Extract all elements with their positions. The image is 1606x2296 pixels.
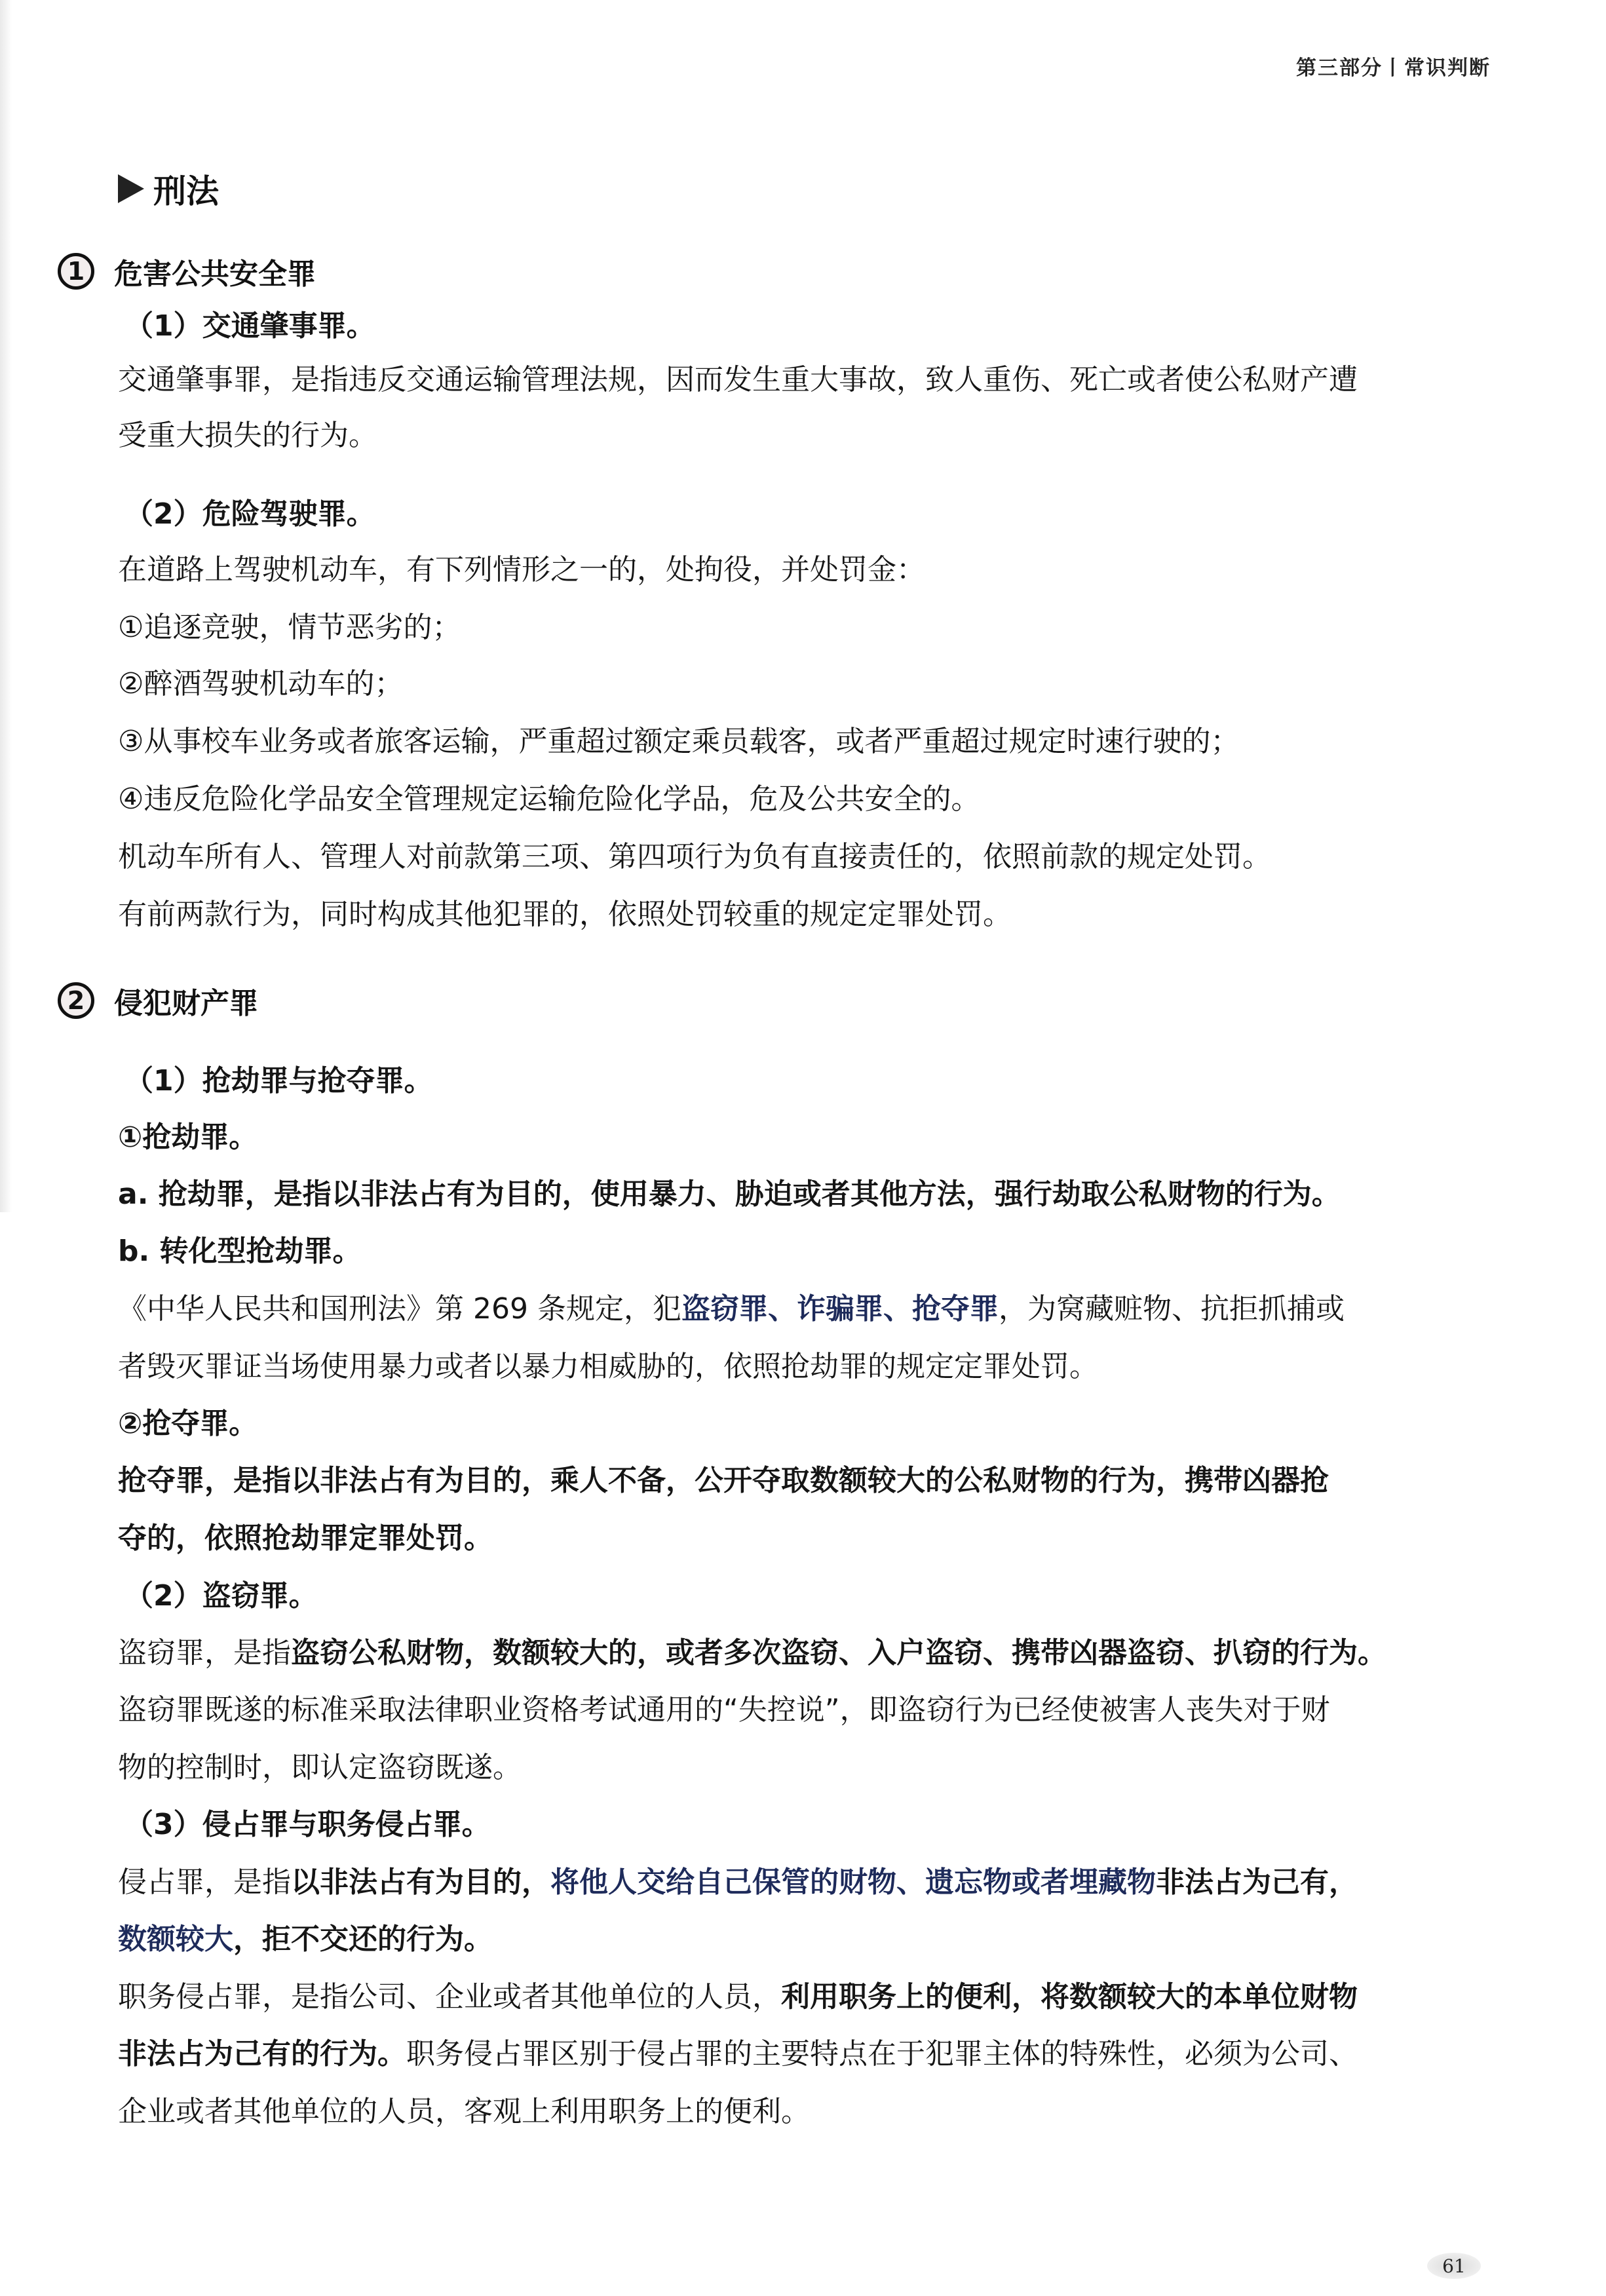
highlight-text: 将他人交给自己保管的财物、遗忘物或者埋藏物 bbox=[550, 1865, 1156, 1899]
bold-text: 盗窃公私财物，数额较大的，或者多次盗窃、入户盗窃、携带凶器盗窃、扒窃的行为。 bbox=[291, 1636, 1386, 1670]
text-run: 职务侵占罪区别于侵占罪的主要特点在于犯罪主体的特殊性，必须为公司、 bbox=[406, 2037, 1358, 2071]
bold-text: 以非法占有为目的， bbox=[291, 1865, 550, 1899]
sub-subheading: ②抢夺罪。 bbox=[118, 1404, 258, 1444]
paragraph-line: 数额较大，拒不交还的行为。 bbox=[118, 1920, 493, 1959]
running-header: 第三部分丨常识判断 bbox=[1296, 51, 1491, 81]
subheading: （2）危险驾驶罪。 bbox=[124, 495, 375, 534]
bold-text: 非法占为己有， bbox=[1156, 1865, 1358, 1899]
paragraph-line: 受重大损失的行为。 bbox=[118, 416, 377, 455]
paragraph-line: 交通肇事罪，是指违反交通运输管理法规，因而发生重大事故，致人重伤、死亡或者使公私… bbox=[118, 360, 1358, 400]
list-item: ④违反危险化学品安全管理规定运输危险化学品，危及公共安全的。 bbox=[118, 780, 980, 819]
paragraph-line: 非法占为己有的行为。职务侵占罪区别于侵占罪的主要特点在于犯罪主体的特殊性，必须为… bbox=[118, 2035, 1358, 2074]
page-number: 61 bbox=[1427, 2253, 1481, 2279]
paragraph-line: 盗窃罪既遂的标准采取法律职业资格考试通用的“失控说”，即盗窃行为已经使被害人丧失… bbox=[118, 1691, 1330, 1730]
highlight-text: 盗窃罪、诈骗罪、抢夺罪 bbox=[681, 1292, 999, 1326]
subheading: （1）抢劫罪与抢夺罪。 bbox=[124, 1062, 433, 1101]
section-title-text: 刑法 bbox=[153, 165, 219, 212]
list-item: ②醉酒驾驶机动车的； bbox=[118, 664, 403, 704]
category-title: 侵犯财产罪 bbox=[114, 980, 258, 1022]
category-title: 危害公共安全罪 bbox=[114, 250, 316, 292]
subheading: （2）盗窃罪。 bbox=[124, 1577, 318, 1616]
bold-text: 利用职务上的便利，将数额较大的本单位财物 bbox=[781, 1980, 1358, 2014]
paragraph-line: 夺的，依照抢劫罪定罪处罚。 bbox=[118, 1519, 493, 1558]
paragraph-line: 《中华人民共和国刑法》第 269 条规定，犯盗窃罪、诈骗罪、抢夺罪，为窝藏赃物、… bbox=[118, 1290, 1345, 1329]
paragraph-line: 盗窃罪，是指盗窃公私财物，数额较大的，或者多次盗窃、入户盗窃、携带凶器盗窃、扒窃… bbox=[118, 1634, 1386, 1673]
text-run: 侵占罪，是指 bbox=[118, 1865, 291, 1899]
text-run: 盗窃罪，是指 bbox=[118, 1636, 291, 1670]
paragraph-line: 物的控制时，即认定盗窃既遂。 bbox=[118, 1748, 522, 1788]
paragraph-line: 企业或者其他单位的人员，客观上利用职务上的便利。 bbox=[118, 2092, 810, 2132]
circled-number-icon: 1 bbox=[58, 253, 94, 290]
text-run: ，为窝藏赃物、抗拒抓捕或 bbox=[999, 1292, 1345, 1326]
paragraph-line: 机动车所有人、管理人对前款第三项、第四项行为负有直接责任的，依照前款的规定处罚。 bbox=[118, 837, 1271, 877]
list-item: ③从事校车业务或者旅客运输，严重超过额定乘员载客，或者严重超过规定时速行驶的； bbox=[118, 722, 1239, 761]
paragraph-line: 在道路上驾驶机动车，有下列情形之一的，处拘役，并处罚金： bbox=[118, 550, 925, 590]
subheading: （1）交通肇事罪。 bbox=[124, 307, 375, 346]
bold-text: 非法占为己有的行为。 bbox=[118, 2037, 406, 2071]
section-title: 刑法 bbox=[118, 165, 219, 212]
text-run: 《中华人民共和国刑法》第 269 条规定，犯 bbox=[118, 1292, 681, 1326]
category-heading-1: 1 危害公共安全罪 bbox=[58, 250, 316, 292]
category-heading-2: 2 侵犯财产罪 bbox=[58, 980, 258, 1022]
paragraph-line: 侵占罪，是指以非法占有为目的，将他人交给自己保管的财物、遗忘物或者埋藏物非法占为… bbox=[118, 1863, 1358, 1902]
paragraph-line: 抢夺罪，是指以非法占有为目的，乘人不备，公开夺取数额较大的公私财物的行为，携带凶… bbox=[118, 1461, 1329, 1501]
paragraph-line: 职务侵占罪，是指公司、企业或者其他单位的人员，利用职务上的便利，将数额较大的本单… bbox=[118, 1978, 1358, 2017]
text-run: 职务侵占罪，是指公司、企业或者其他单位的人员， bbox=[118, 1980, 781, 2014]
paragraph-line: a. 抢劫罪，是指以非法占有为目的，使用暴力、胁迫或者其他方法，强行劫取公私财物… bbox=[118, 1175, 1341, 1214]
sub-subheading: b. 转化型抢劫罪。 bbox=[118, 1232, 362, 1271]
triangle-right-icon bbox=[118, 174, 144, 203]
circled-number-icon: 2 bbox=[58, 982, 94, 1019]
sub-subheading: ①抢劫罪。 bbox=[118, 1118, 258, 1157]
highlight-text: 数额较大 bbox=[118, 1923, 233, 1956]
bold-text: ，拒不交还的行为。 bbox=[233, 1923, 493, 1956]
page-binding-edge bbox=[0, 0, 12, 1212]
paragraph-line: 有前两款行为，同时构成其他犯罪的，依照处罚较重的规定定罪处罚。 bbox=[118, 895, 1012, 934]
subheading: （3）侵占罪与职务侵占罪。 bbox=[124, 1805, 491, 1845]
paragraph-line: 者毁灭罪证当场使用暴力或者以暴力相威胁的，依照抢劫罪的规定定罪处罚。 bbox=[118, 1347, 1098, 1387]
list-item: ①追逐竞驶，情节恶劣的； bbox=[118, 608, 461, 647]
